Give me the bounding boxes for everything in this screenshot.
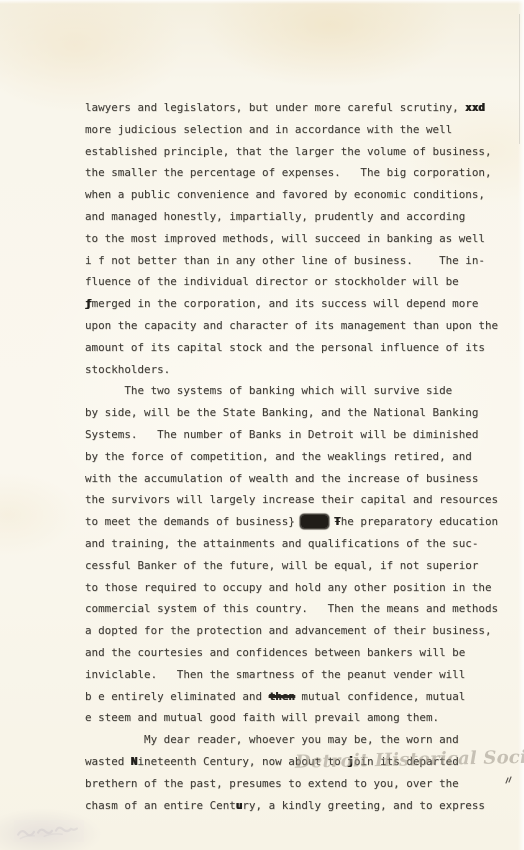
typed-segment: chasm of an entire Cent xyxy=(85,799,236,812)
typed-segment: oin its departed xyxy=(354,755,459,768)
text-line: e steem and mutual good faith will preva… xyxy=(85,707,498,729)
typed-segment: to meet the demands of business} xyxy=(85,515,301,528)
text-line: b e entirely eliminated and then mutual … xyxy=(85,686,498,708)
typed-segment: and the courtesies and confidences betwe… xyxy=(85,646,465,659)
text-line: The two systems of banking which will su… xyxy=(85,380,498,402)
document-page: lawyers and legislators, but under more … xyxy=(0,0,524,850)
text-line: cessful Banker of the future, will be eq… xyxy=(85,555,498,577)
typed-segment: e steem and mutual good faith will preva… xyxy=(85,711,439,724)
typed-segment: with the accumulation of wealth and the … xyxy=(85,472,478,485)
typed-segment: ineteenth Century, now about to xyxy=(137,755,347,768)
typed-segment: to those required to occupy and hold any… xyxy=(85,581,492,594)
text-line: inviclable. Then the smartness of the pe… xyxy=(85,664,498,686)
typed-segment: lawyers and legislators, but under more … xyxy=(85,101,465,114)
typed-segment: b e entirely eliminated and xyxy=(85,690,269,703)
typed-segment: brethern of the past, presumes to extend… xyxy=(85,777,459,790)
typed-segment: more judicious selection and in accordan… xyxy=(85,123,452,136)
text-line: stockholders. xyxy=(85,359,498,381)
text-line: i f not better than in any other line of… xyxy=(85,250,498,272)
text-line: My dear reader, whoever you may be, the … xyxy=(85,729,498,751)
paper-edge-top xyxy=(0,0,524,4)
text-line: amount of its capital stock and the pers… xyxy=(85,337,498,359)
typed-segment: ry, a kindly greeting, and to express xyxy=(242,799,485,812)
text-line: by side, will be the State Banking, and … xyxy=(85,402,498,424)
text-line: wasted Nineteenth Century, now about to … xyxy=(85,751,498,773)
typed-letter-body: lawyers and legislators, but under more … xyxy=(85,97,498,816)
text-line: brethern of the past, presumes to extend… xyxy=(85,773,498,795)
text-line: fluence of the individual director or st… xyxy=(85,271,498,293)
text-line: Systems. The number of Banks in Detroit … xyxy=(85,424,498,446)
typed-segment: the survivors will largely increase thei… xyxy=(85,493,498,506)
typed-segment: by side, will be the State Banking, and … xyxy=(85,406,478,419)
typed-segment: he preparatory education xyxy=(341,515,498,528)
pencil-smudge xyxy=(14,820,84,842)
text-line: upon the capacity and character of its m… xyxy=(85,315,498,337)
text-line: and the courtesies and confidences betwe… xyxy=(85,642,498,664)
text-line: the smaller the percentage of expenses. … xyxy=(85,162,498,184)
typed-segment: mutual confidence, mutual xyxy=(295,690,465,703)
typed-segment: Systems. The number of Banks in Detroit … xyxy=(85,428,478,441)
text-line: with the accumulation of wealth and the … xyxy=(85,468,498,490)
typed-segment: fluence of the individual director or st… xyxy=(85,275,459,288)
typed-segment: My dear reader, whoever you may be, the … xyxy=(85,733,459,746)
text-line: the survivors will largely increase thei… xyxy=(85,489,498,511)
typed-segment: a dopted for the protection and advancem… xyxy=(85,624,492,637)
text-line: ƒmerged in the corporation, and its succ… xyxy=(85,293,498,315)
text-line: lawyers and legislators, but under more … xyxy=(85,97,498,119)
text-line: chasm of an entire Century, a kindly gre… xyxy=(85,795,498,817)
typed-segment: the smaller the percentage of expenses. … xyxy=(85,166,492,179)
text-line: established principle, that the larger t… xyxy=(85,141,498,163)
text-line: and managed honestly, impartially, prude… xyxy=(85,206,498,228)
text-line: when a public convenience and favored by… xyxy=(85,184,498,206)
typed-segment: upon the capacity and character of its m… xyxy=(85,319,498,332)
typed-segment: when a public convenience and favored by… xyxy=(85,188,485,201)
typed-segment: amount of its capital stock and the pers… xyxy=(85,341,485,354)
typed-segment: cessful Banker of the future, will be eq… xyxy=(85,559,478,572)
typed-segment: commercial system of this country. Then … xyxy=(85,602,498,615)
ink-speck xyxy=(505,772,512,781)
typed-segment: The two systems of banking which will su… xyxy=(85,384,452,397)
typed-segment: stockholders. xyxy=(85,363,170,376)
typed-segment: established principle, that the larger t… xyxy=(85,145,492,158)
text-line: to those required to occupy and hold any… xyxy=(85,577,498,599)
typed-correction-heavy: xxd xyxy=(465,101,485,114)
typed-segment: and managed honestly, impartially, prude… xyxy=(85,210,465,223)
typed-correction-strike: then xyxy=(269,690,295,703)
text-line: commercial system of this country. Then … xyxy=(85,598,498,620)
typed-correction-blackout xyxy=(301,515,327,528)
text-line: to the most improved methods, will succe… xyxy=(85,228,498,250)
typed-segment: i f not better than in any other line of… xyxy=(85,254,485,267)
text-line: more judicious selection and in accordan… xyxy=(85,119,498,141)
typed-segment: to the most improved methods, will succe… xyxy=(85,232,485,245)
paper-edge-hairline xyxy=(519,14,520,144)
text-line: to meet the demands of business} Ŧhe pre… xyxy=(85,511,498,533)
typed-segment: inviclable. Then the smartness of the pe… xyxy=(85,668,465,681)
text-line: and training, the attainments and qualif… xyxy=(85,533,498,555)
text-line: a dopted for the protection and advancem… xyxy=(85,620,498,642)
typed-segment: and training, the attainments and qualif… xyxy=(85,537,478,550)
typed-segment: by the force of competition, and the wea… xyxy=(85,450,472,463)
typed-segment: wasted xyxy=(85,755,131,768)
text-line: by the force of competition, and the wea… xyxy=(85,446,498,468)
typed-segment: merged in the corporation, and its succe… xyxy=(92,297,479,310)
